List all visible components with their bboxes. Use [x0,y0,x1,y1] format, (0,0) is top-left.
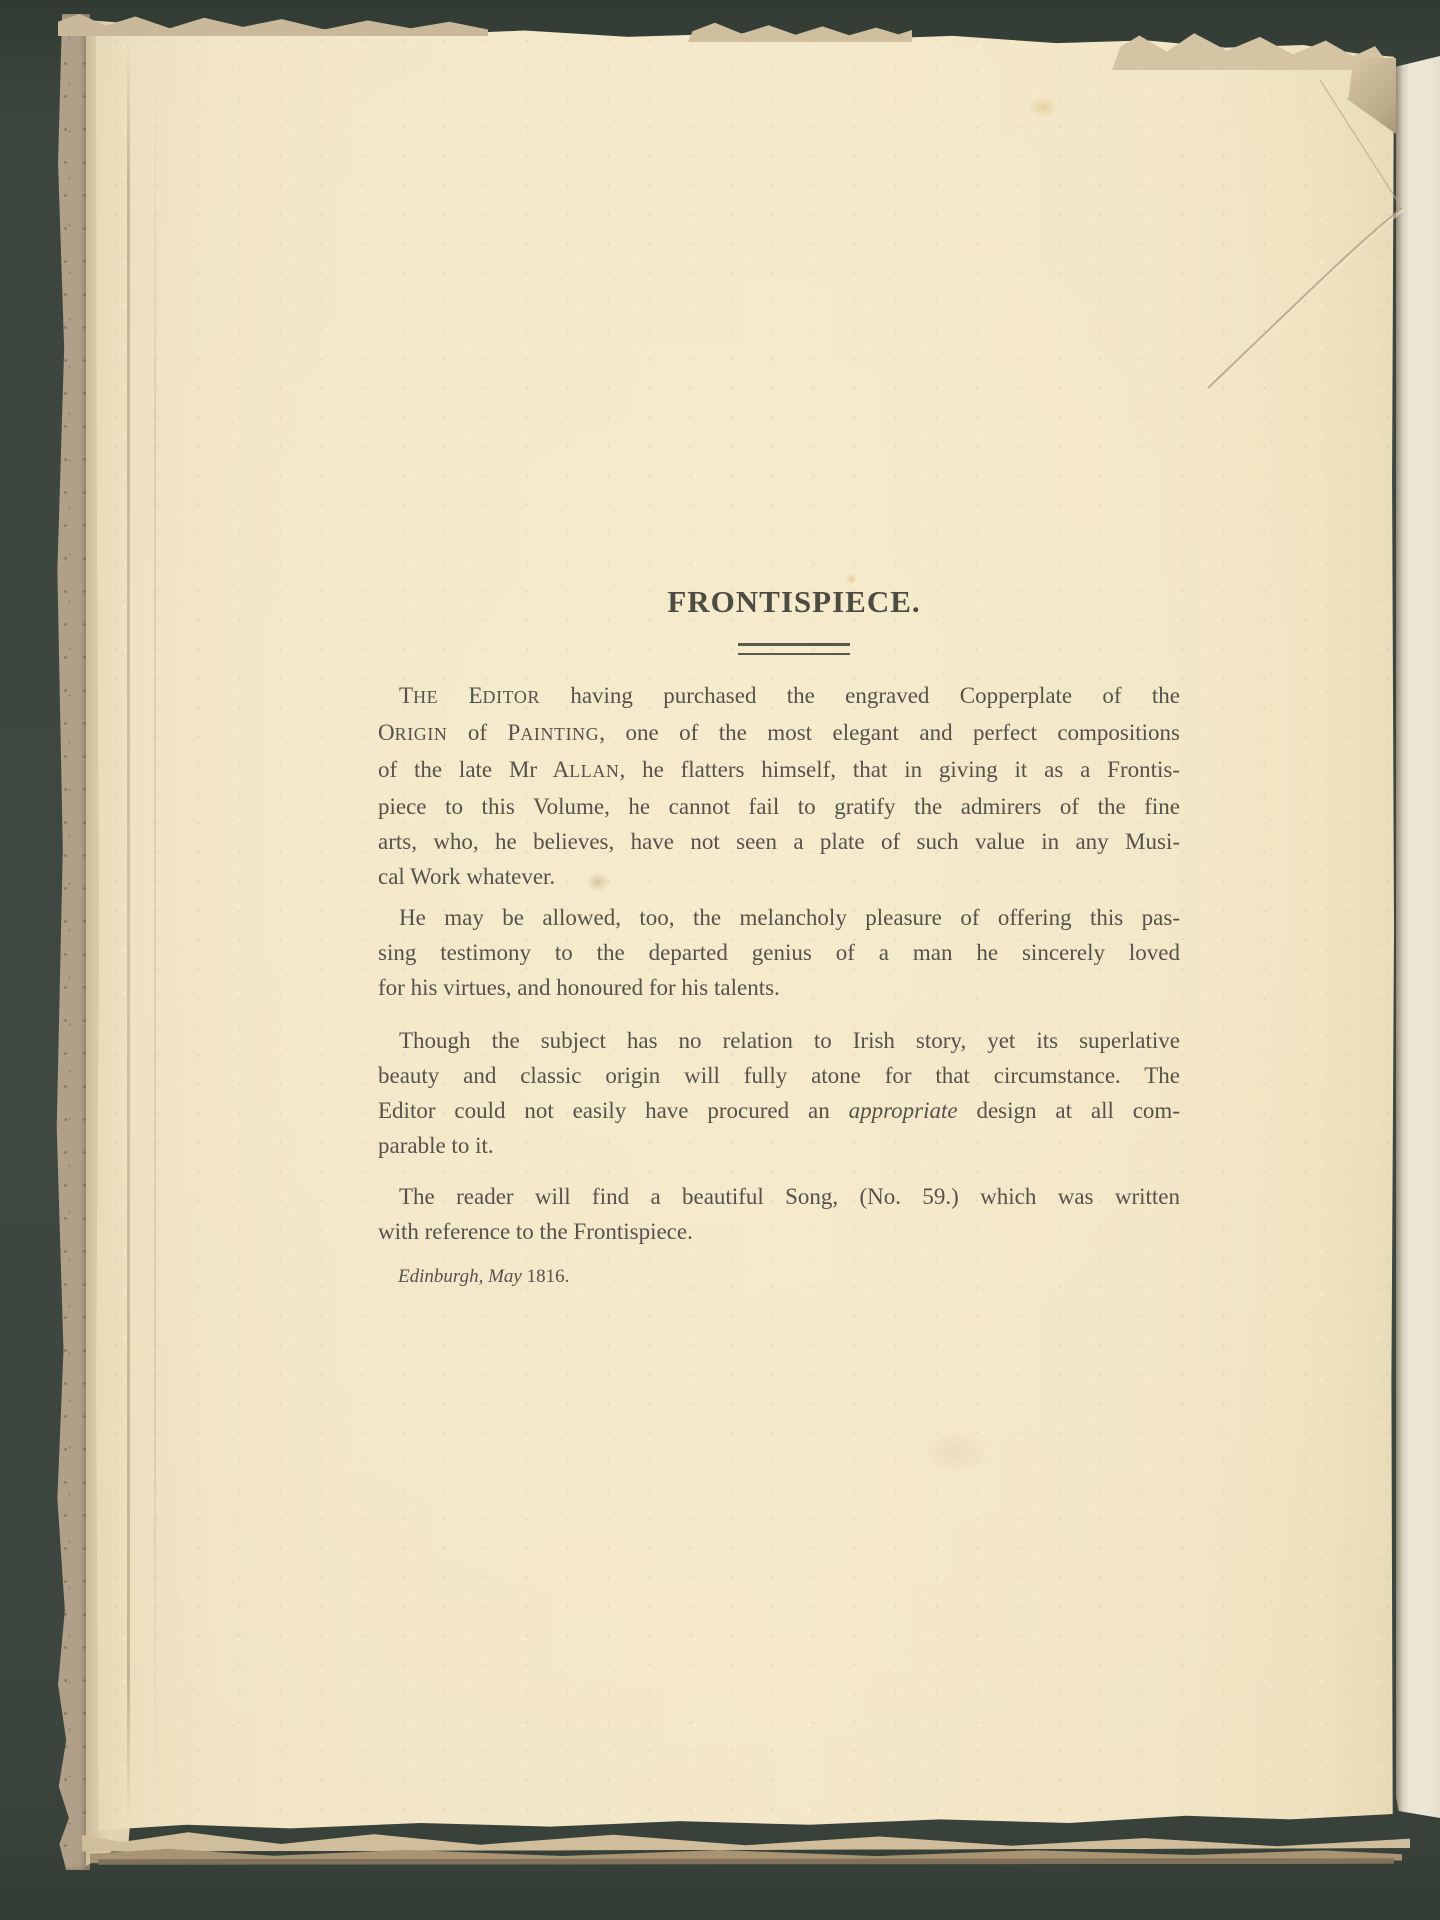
text-line: for his virtues, and honoured for his ta… [378,970,1180,1005]
text-line: Edinburgh, May 1816. [398,1262,1158,1292]
fox-stain [920,1430,990,1474]
fox-stain [846,574,857,584]
text-line: arts, who, he believes, have not seen a … [378,824,1180,859]
tear-crease-line [1150,50,1410,410]
dateline: Edinburgh, May 1816. [398,1262,1158,1292]
text-line: Though the subject has no relation to Ir… [378,1023,1180,1058]
scanned-book-photo: FRONTISPIECE. THE EDITOR having purchase… [0,0,1440,1920]
text-line: parable to it. [378,1128,1180,1163]
paragraph-3: Though the subject has no relation to Ir… [378,1023,1180,1163]
text-line: with reference to the Frontispiece. [378,1214,1180,1249]
text-line: cal Work whatever. [378,859,1180,894]
text-line: of the late Mr ALLAN, he flatters himsel… [378,752,1180,789]
text-line: Editor could not easily have procured an… [378,1093,1180,1128]
paragraph-1: THE EDITOR having purchased the engraved… [378,678,1180,894]
text-line: beauty and classic origin will fully ato… [378,1058,1180,1093]
fox-stain [1028,96,1058,118]
book-spine-torn-edge [56,14,90,1870]
gutter-crease-line [154,60,156,1800]
page-stack-bottom-edge [82,1824,1410,1851]
text-line: He may be allowed, too, the melancholy p… [378,900,1180,935]
text-line: ORIGIN of PAINTING, one of the most eleg… [378,715,1180,752]
page-title: FRONTISPIECE. [393,584,1195,620]
text-line: The reader will find a beautiful Song, (… [378,1179,1180,1214]
text-line: THE EDITOR having purchased the engraved… [378,678,1180,715]
text-line: sing testimony to the departed genius of… [378,935,1180,970]
title-double-rule [738,643,850,655]
paragraph-4: The reader will find a beautiful Song, (… [378,1179,1180,1249]
paragraph-2: He may be allowed, too, the melancholy p… [378,900,1180,1005]
text-line: piece to this Volume, he cannot fail to … [378,789,1180,824]
gutter-crease-line [127,40,130,1820]
torn-paper-fragment [58,10,488,36]
torn-paper-fragment [688,18,912,42]
